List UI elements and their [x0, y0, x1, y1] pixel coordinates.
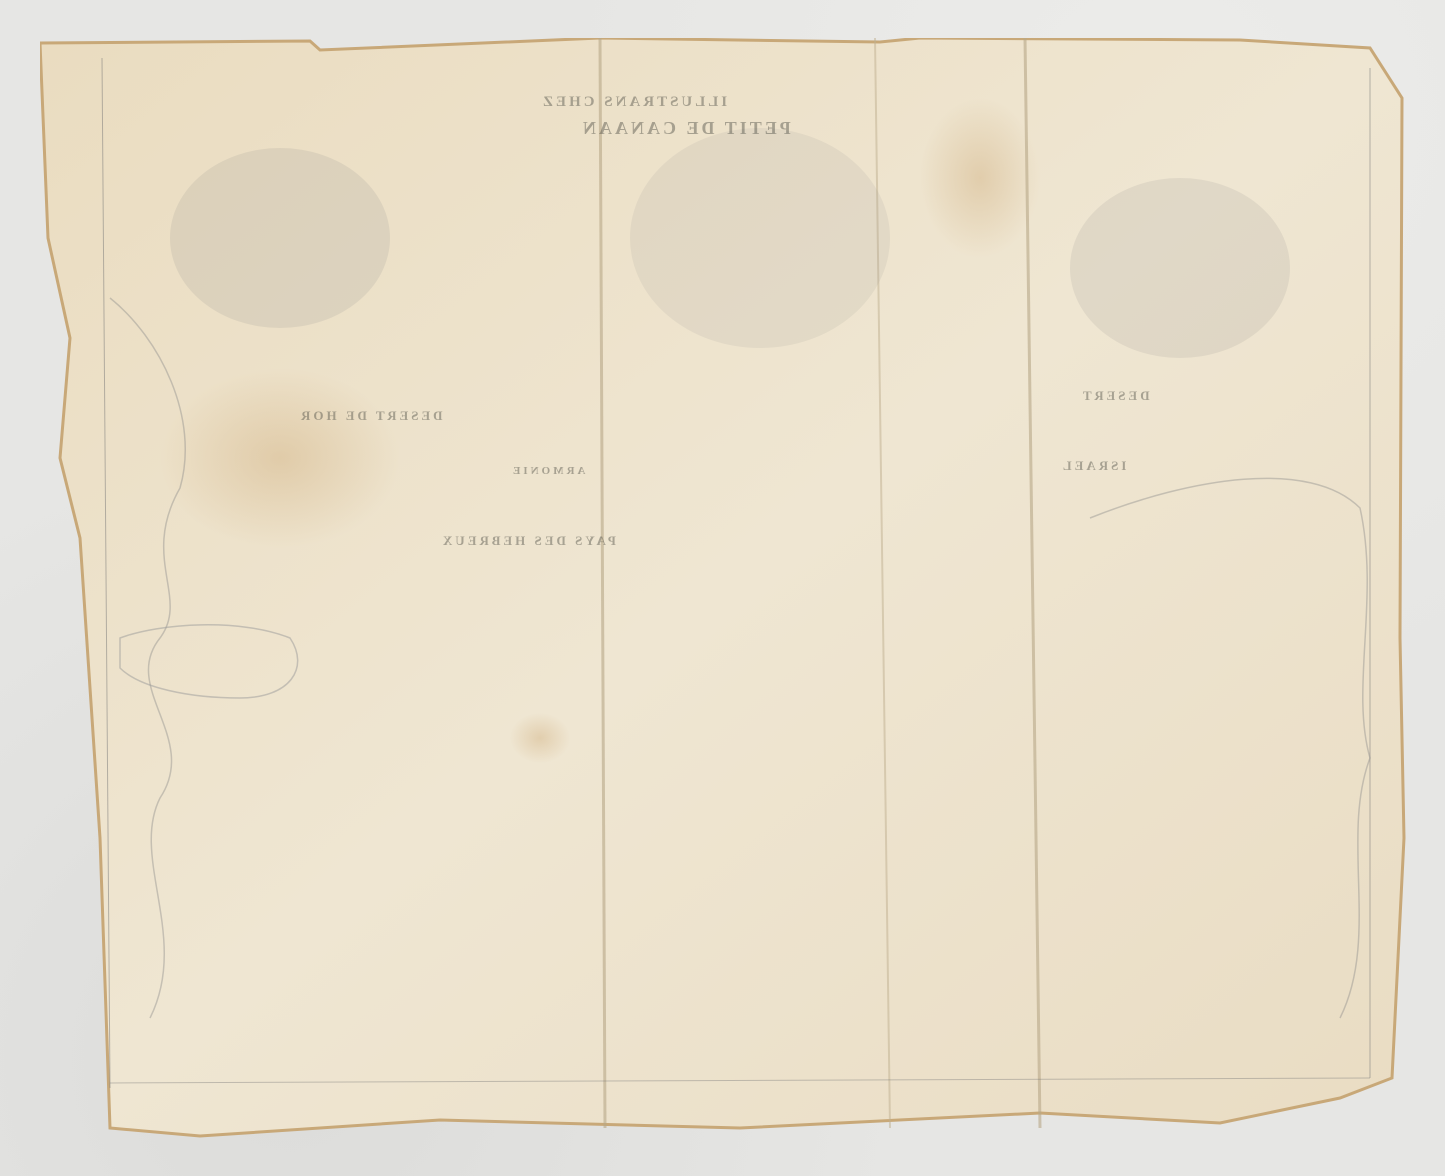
- mirrored-title-line2: PETIT DE CANAAN: [580, 118, 791, 139]
- mirrored-region-label: ISRAEL: [1060, 458, 1126, 474]
- map-sheet: ILLUSTRANS CHEZ PETIT DE CANAAN DESERT D…: [40, 38, 1408, 1148]
- mirrored-region-label: DESERT DE HOR: [298, 408, 443, 424]
- paper-shape: [40, 38, 1408, 1148]
- mirrored-region-label: PAYS DES HEBREUX: [440, 533, 616, 549]
- mirrored-region-label: DESERT: [1080, 388, 1150, 404]
- mirrored-title-line1: ILLUSTRANS CHEZ: [540, 94, 727, 111]
- mirrored-region-label: ARMONIE: [510, 465, 585, 477]
